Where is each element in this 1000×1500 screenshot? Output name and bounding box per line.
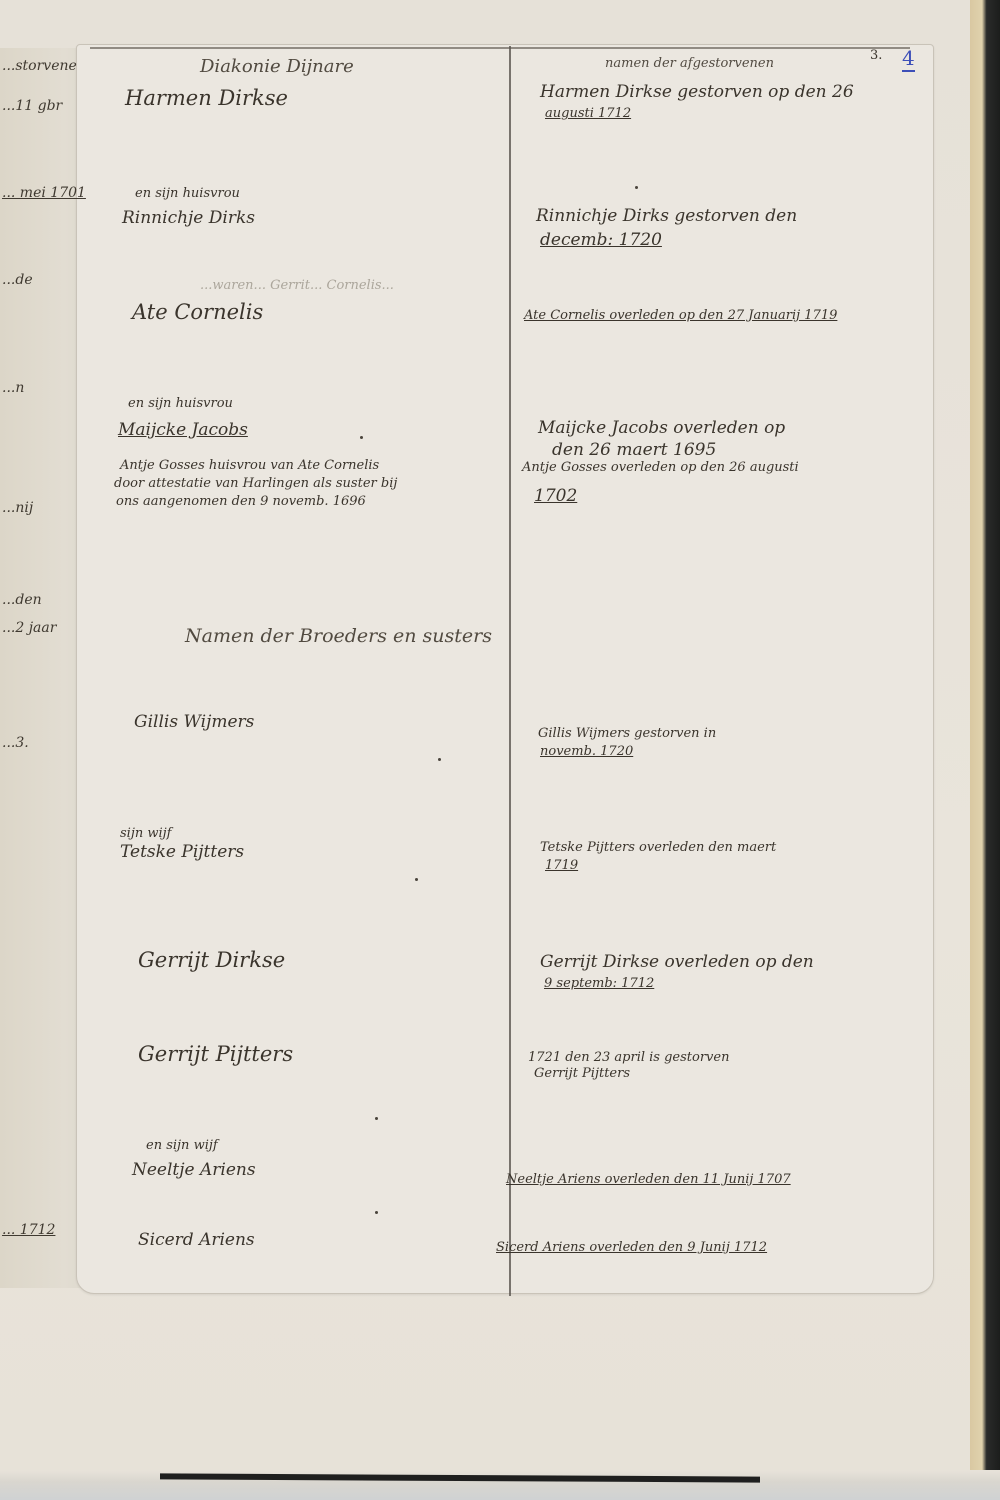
death-record-line: Gerrijt Pijtters	[534, 1066, 630, 1081]
member-note: ons aangenomen den 9 novemb. 1696	[116, 494, 366, 509]
death-record-line: decemb: 1720	[540, 230, 662, 250]
member-prefix: en sijn huisvrou	[128, 396, 233, 411]
member-name: Gillis Wijmers	[134, 712, 254, 732]
death-record-line: Gerrijt Dirkse overleden op den	[540, 952, 814, 972]
margin-note: ...nij	[2, 500, 33, 516]
section-header: Namen der Broeders en susters	[185, 625, 492, 647]
death-record-line: 1721 den 23 april is gestorven	[528, 1050, 729, 1065]
member-name: Rinnichje Dirks	[122, 208, 255, 228]
bleedthrough-text: ...waren... Gerrit... Cornelis...	[200, 278, 394, 293]
member-name: Gerrijt Pijtters	[138, 1042, 293, 1066]
page-number-pencil: 3.	[870, 48, 882, 63]
death-record-line: Rinnichje Dirks gestorven den	[536, 206, 797, 226]
member-note: door attestatie van Harlingen als suster…	[114, 476, 397, 491]
death-record-line: Harmen Dirkse gestorven op den 26	[540, 82, 854, 102]
member-name: Tetske Pijtters	[120, 842, 244, 862]
book-binding	[970, 0, 1000, 1500]
death-record-line: 1719	[545, 858, 578, 873]
ink-speck	[415, 878, 418, 881]
right-column-header: namen der afgestorvenen	[605, 56, 774, 71]
margin-note: ...storvene	[2, 58, 77, 74]
margin-note: ...11 gbr	[2, 98, 62, 114]
margin-note: ... mei 1701	[2, 185, 86, 201]
member-name: Ate Cornelis	[132, 300, 263, 324]
member-name: Neeltje Ariens	[132, 1160, 256, 1180]
register-sheet	[76, 44, 934, 1294]
death-record-line: Neeltje Ariens overleden den 11 Junij 17…	[506, 1172, 791, 1187]
member-prefix: sijn wijf	[120, 826, 172, 841]
member-name: Sicerd Ariens	[138, 1230, 255, 1250]
member-prefix: en sijn wijf	[146, 1138, 218, 1153]
ink-speck	[375, 1117, 378, 1120]
death-record-line: novemb. 1720	[540, 744, 633, 759]
death-record-line: den 26 maert 1695	[552, 440, 716, 460]
ink-speck	[375, 1211, 378, 1214]
ink-speck	[360, 436, 363, 439]
margin-note: ...de	[2, 272, 33, 288]
member-name: Gerrijt Dirkse	[138, 948, 285, 972]
margin-note: ...n	[2, 380, 24, 396]
member-prefix: en sijn huisvrou	[135, 186, 240, 201]
death-record-line: Tetske Pijtters overleden den maert	[540, 840, 776, 855]
column-divider	[509, 46, 511, 1296]
member-name: Harmen Dirkse	[125, 86, 288, 110]
member-note: Antje Gosses huisvrou van Ate Cornelis	[120, 458, 379, 473]
margin-note: ...2 jaar	[2, 620, 56, 636]
member-name: Maijcke Jacobs	[118, 420, 248, 440]
page-number-blue: 4	[902, 46, 915, 72]
ink-speck	[635, 186, 638, 189]
margin-note: ... 1712	[2, 1222, 55, 1238]
death-record-line: Antje Gosses overleden op den 26 augusti	[522, 460, 799, 475]
left-column-header: Diakonie Dijnare	[200, 56, 354, 77]
margin-note: ...den	[2, 592, 42, 608]
ink-speck	[438, 758, 441, 761]
death-record-line: augusti 1712	[545, 106, 631, 121]
death-record-line: 1702	[534, 486, 577, 506]
death-record-line: Ate Cornelis overleden op den 27 Januari…	[524, 308, 837, 323]
top-rule	[90, 47, 910, 49]
death-record-line: 9 septemb: 1712	[544, 976, 654, 991]
death-record-line: Maijcke Jacobs overleden op	[538, 418, 785, 438]
death-record-line: Sicerd Ariens overleden den 9 Junij 1712	[496, 1240, 767, 1255]
margin-note: ...3.	[2, 735, 29, 751]
death-record-line: Gillis Wijmers gestorven in	[538, 726, 716, 741]
